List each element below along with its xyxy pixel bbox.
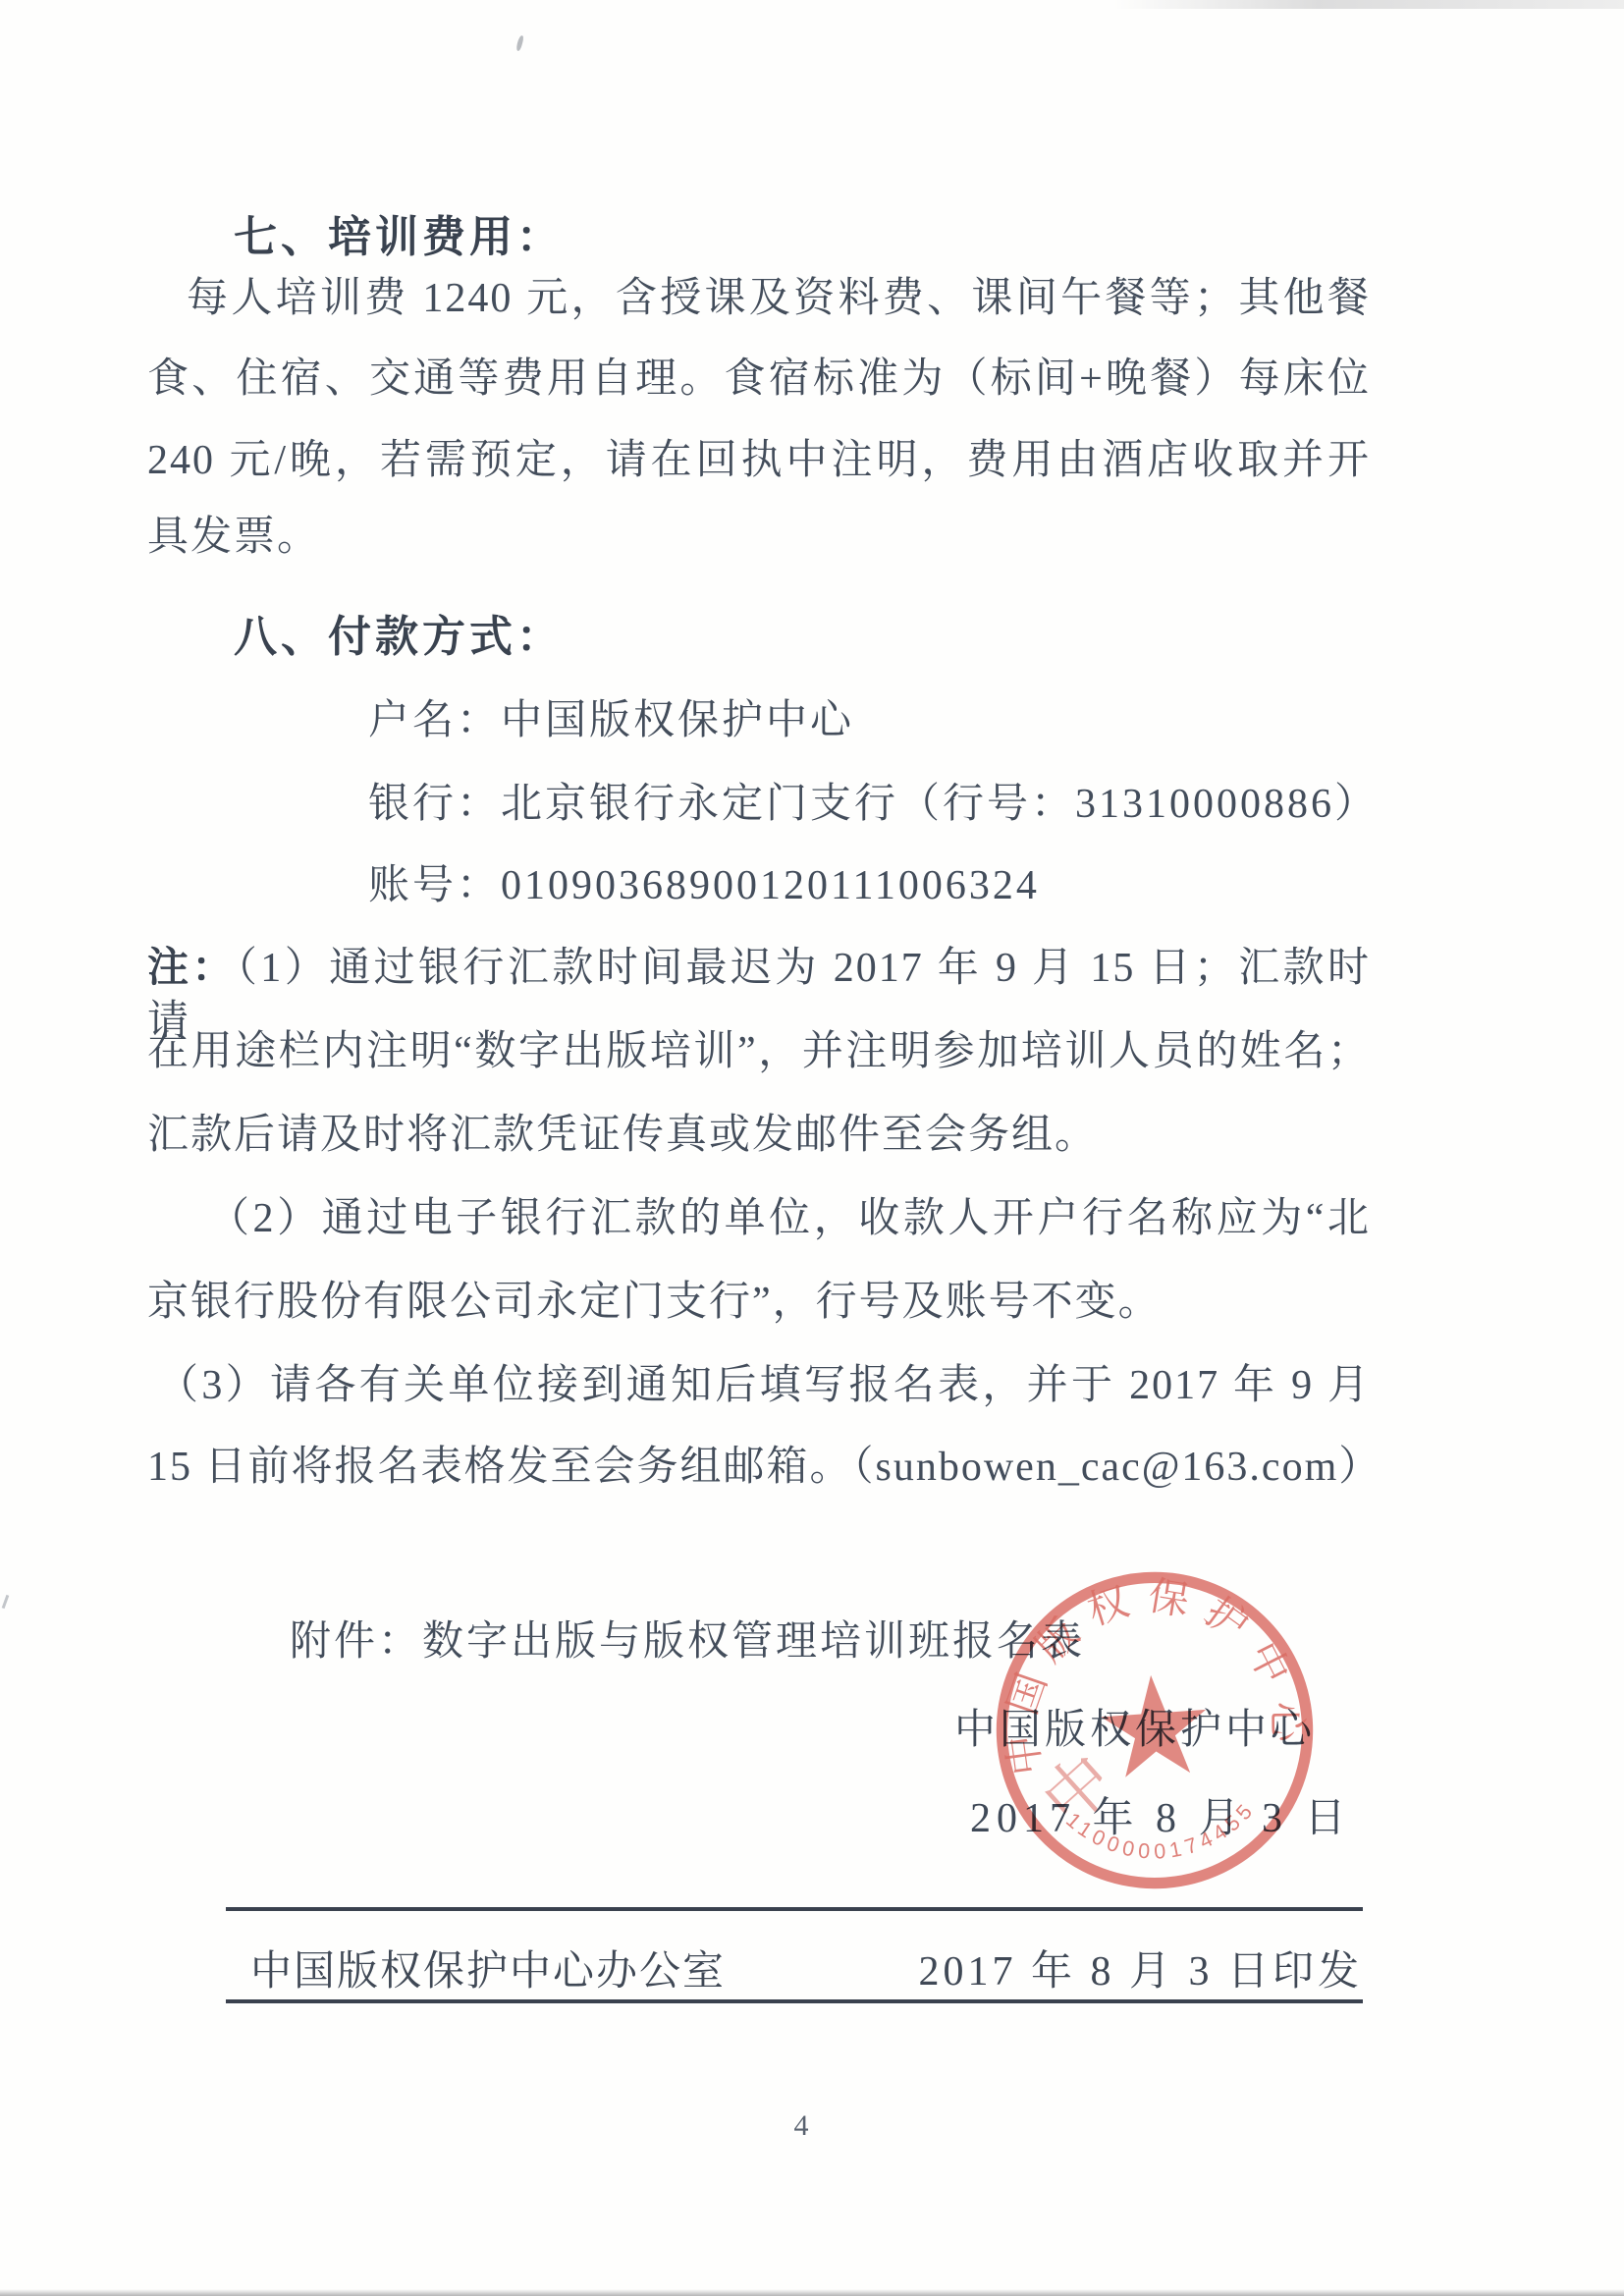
fees-line-2: 食、住宿、交通等费用自理。食宿标准为（标间+晚餐）每床位	[147, 354, 1371, 407]
footer-print-date: 2017 年 8 月 3 日印发	[918, 1939, 1363, 1997]
note-label: 注：	[147, 946, 237, 991]
note-line-3: 汇款后请及时将汇款凭证传真或发邮件至会务组。	[147, 1110, 1371, 1163]
scan-artifact-speck	[515, 35, 524, 52]
document-page: 七、培训费用： 每人培训费 1240 元，含授课及资料费、课间午餐等；其他餐 食…	[0, 0, 1624, 2296]
footer-issuing-office: 中国版权保护中心办公室	[250, 1939, 726, 1997]
footer-rule-bottom	[226, 1999, 1363, 2003]
section-heading-fees: 七、培训费用：	[234, 201, 564, 264]
scan-artifact-top-edge	[1113, 0, 1624, 9]
scan-artifact-bottom-edge	[0, 2289, 1624, 2296]
section-heading-payment: 八、付款方式：	[234, 601, 564, 664]
payment-account-name: 户名：中国版权保护中心	[368, 687, 854, 746]
attachment-line: 附件：数字出版与版权管理培训班报名表	[290, 1609, 1085, 1667]
fees-line-3: 240 元/晚，若需预定，请在回执中注明，费用由酒店收取并开	[147, 435, 1371, 488]
payment-account-number: 账号：01090368900120111006324	[368, 852, 1040, 911]
fees-line-1: 每人培训费 1240 元，含授课及资料费、课间午餐等；其他餐	[147, 273, 1371, 326]
note-line-4: （2）通过电子银行汇款的单位，收款人开户行名称应为“北	[147, 1193, 1371, 1246]
note-line-5: 京银行股份有限公司永定门支行”，行号及账号不变。	[147, 1277, 1371, 1330]
scan-artifact-left-tick	[2, 1595, 10, 1609]
note-line-7: 15 日前将报名表格发至会务组邮箱。（sunbowen_cac@163.com）	[147, 1442, 1371, 1495]
payment-bank: 银行：北京银行永定门支行（行号：31310000886）	[368, 771, 1379, 830]
fees-line-4: 具发票。	[147, 512, 1371, 565]
note-line-6: （3）请各有关单位接到通知后填写报名表，并于 2017 年 9 月	[147, 1360, 1371, 1413]
official-seal: 中国版权保护中心 1100000174455 中	[972, 1548, 1336, 1912]
star-icon	[1099, 1671, 1211, 1778]
note-line-2: 在用途栏内注明“数字出版培训”，并注明参加培训人员的姓名；	[147, 1026, 1371, 1079]
footer-rule-top	[226, 1907, 1363, 1911]
page-number: 4	[772, 2109, 831, 2143]
